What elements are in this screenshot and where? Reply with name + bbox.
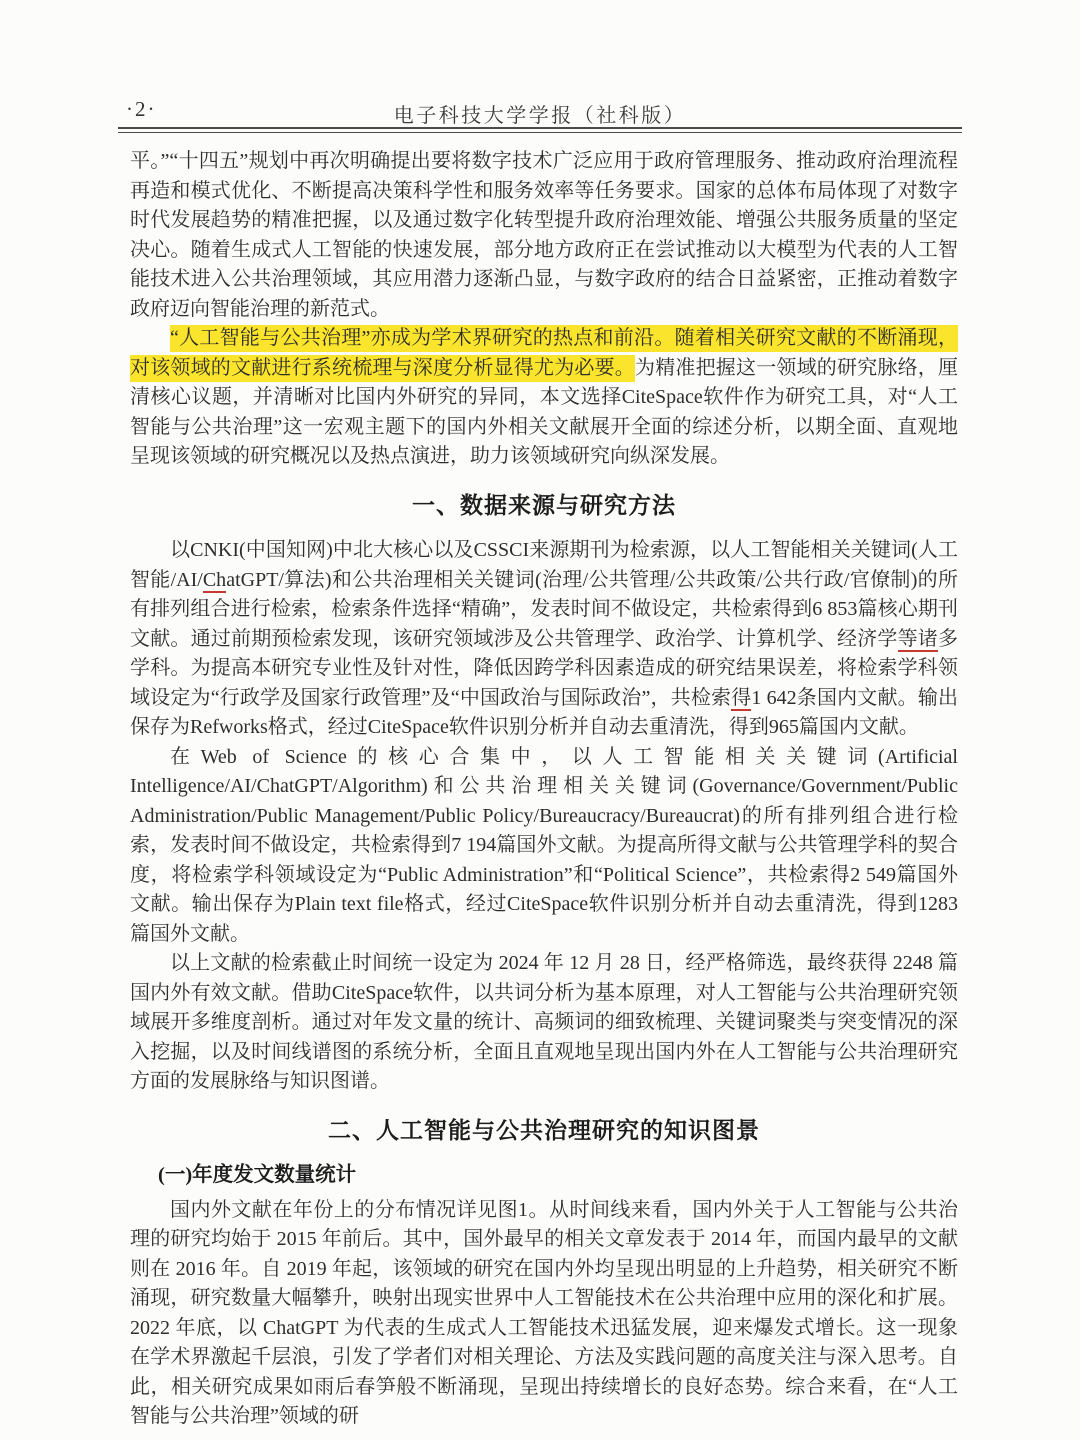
article-body: 平。”“十四五”规划中再次明确提出要将数字技术广泛应用于政府管理服务、推动政府治…	[130, 147, 958, 1432]
journal-title: 电子科技大学学报（社科版）	[0, 99, 1080, 128]
section-1-paragraph-3: 以上文献的检索截止时间统一设定为 2024 年 12 月 28 日，经严格筛选，…	[130, 949, 958, 1097]
section-2-heading: 二、人工智能与公共治理研究的知识图景	[130, 1116, 958, 1146]
intro-paragraph: 平。”“十四五”规划中再次明确提出要将数字技术广泛应用于政府管理服务、推动政府治…	[130, 147, 958, 324]
section-1-paragraph-2: 在Web of Science的核心合集中，以人工智能相关关键词(Artific…	[130, 743, 958, 950]
section-2-paragraph-1: 国内外文献在年份上的分布情况详见图1。从时间线来看，国内外关于人工智能与公共治理…	[130, 1196, 958, 1432]
section-1-heading: 一、数据来源与研究方法	[130, 491, 958, 521]
highlighted-paragraph: “人工智能与公共治理”亦成为学术界研究的热点和前沿。随着相关研究文献的不断涌现，…	[130, 324, 958, 472]
journal-page: ·2· 电子科技大学学报（社科版） 平。”“十四五”规划中再次明确提出要将数字技…	[0, 0, 1080, 1440]
header-double-rule	[118, 127, 962, 133]
section-2-subheading: (一)年度发文数量统计	[130, 1161, 958, 1191]
section-1-paragraph-1: 以CNKI(中国知网)中北大核心以及CSSCI来源期刊为检索源，以人工智能相关关…	[130, 536, 958, 743]
